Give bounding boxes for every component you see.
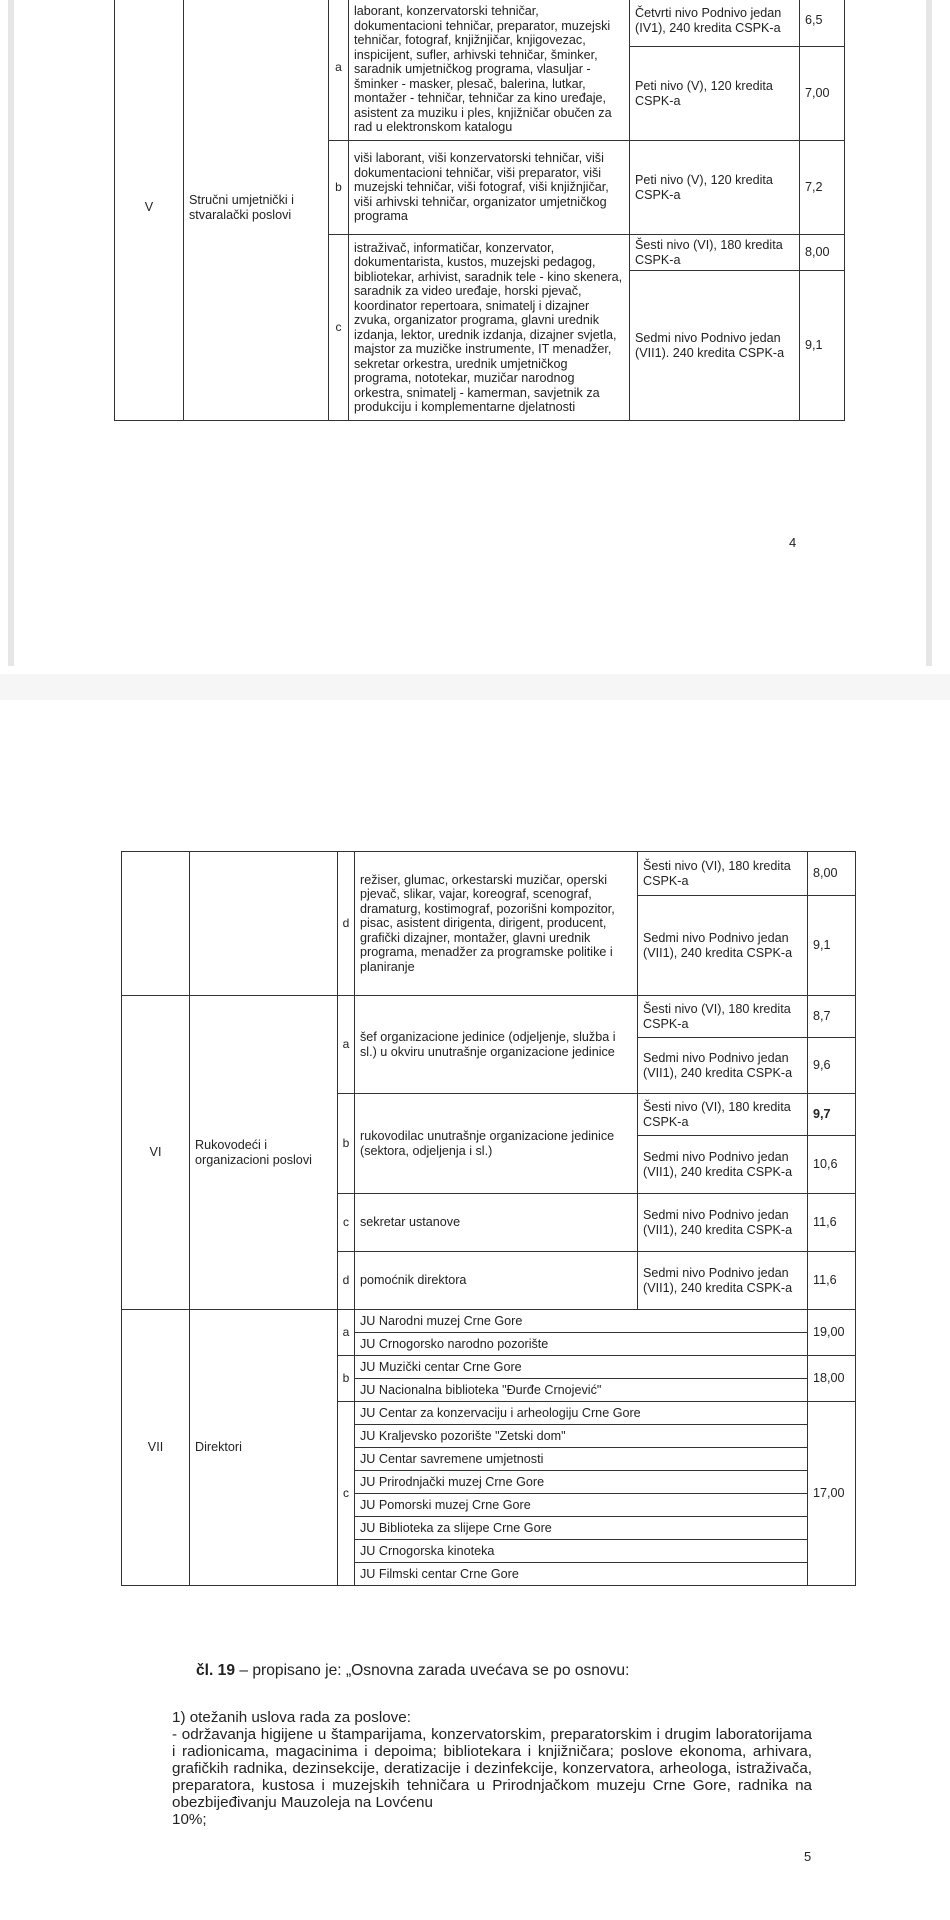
salary-table-page-5: d režiser, glumac, orkestarski muzičar, … (121, 851, 856, 1586)
positions-cell: istraživač, informatičar, konzervator, d… (349, 235, 630, 421)
salary-table-page-4: V Stručni umjetnički i stvaralački poslo… (114, 0, 845, 421)
table-row: d režiser, glumac, orkestarski muzičar, … (122, 852, 856, 896)
row-letter: c (338, 1194, 355, 1252)
table-row: V Stručni umjetnički i stvaralački poslo… (115, 0, 845, 47)
qualification-cell: Sedmi nivo Podnivo jedan (VII1), 240 kre… (638, 896, 808, 996)
group-roman-empty (122, 852, 190, 996)
row-letter: d (338, 1252, 355, 1310)
institution-cell: JU Nacionalna biblioteka "Đurđe Crnojevi… (355, 1379, 808, 1402)
row-letter: b (329, 141, 349, 235)
group-name: Direktori (190, 1310, 338, 1586)
positions-cell: sekretar ustanove (355, 1194, 638, 1252)
group-name: Stručni umjetnički i stvaralački poslovi (184, 0, 329, 421)
positions-cell: rukovodilac unutrašnje organizacione jed… (355, 1094, 638, 1194)
positions-cell: viši laborant, viši konzervatorski tehni… (349, 141, 630, 235)
institution-cell: JU Muzički centar Crne Gore (355, 1356, 808, 1379)
row-letter: b (338, 1094, 355, 1194)
qualification-cell: Sedmi nivo Podnivo jedan (VII1). 240 kre… (630, 271, 800, 421)
positions-cell: režiser, glumac, orkestarski muzičar, op… (355, 852, 638, 996)
qualification-cell: Šesti nivo (VI), 180 kredita CSPK-a (638, 996, 808, 1038)
institution-cell: JU Prirodnjački muzej Crne Gore (355, 1471, 808, 1494)
coefficient-cell: 6,5 (800, 0, 845, 47)
coefficient-cell: 8,00 (800, 235, 845, 271)
table-row: VIIDirektoriaJU Narodni muzej Crne Gore1… (122, 1310, 856, 1333)
document-page-5: d režiser, glumac, orkestarski muzičar, … (0, 700, 950, 1920)
table-row: VI Rukovodeći i organizacioni poslovi a … (122, 996, 856, 1038)
item1-body: - održavanja higijene u štamparijama, ko… (172, 1726, 812, 1811)
coefficient-cell: 9,7 (808, 1094, 856, 1136)
page-separator (0, 674, 950, 700)
item1-heading: 1) otežanih uslova rada za poslove: (172, 1709, 812, 1726)
row-letter: d (338, 852, 355, 996)
coefficient-cell: 18,00 (808, 1356, 856, 1402)
row-letter: c (338, 1402, 355, 1586)
qualification-cell: Sedmi nivo Podnivo jedan (VII1), 240 kre… (638, 1194, 808, 1252)
institution-cell: JU Crnogorska kinoteka (355, 1540, 808, 1563)
institution-cell: JU Crnogorsko narodno pozorište (355, 1333, 808, 1356)
article-line: čl. 19 – propisano je: „Osnovna zarada u… (196, 1662, 629, 1680)
qualification-cell: Šesti nivo (VI), 180 kredita CSPK-a (638, 852, 808, 896)
page-number: 5 (804, 1849, 811, 1864)
positions-cell: laborant, konzervatorski tehničar, dokum… (349, 0, 630, 141)
row-letter: a (338, 1310, 355, 1356)
positions-cell: pomoćnik direktora (355, 1252, 638, 1310)
row-letter: a (329, 0, 349, 141)
article-label: čl. 19 (196, 1662, 235, 1679)
qualification-cell: Četvrti nivo Podnivo jedan (IV1), 240 kr… (630, 0, 800, 47)
qualification-cell: Šesti nivo (VI), 180 kredita CSPK-a (630, 235, 800, 271)
group-name: Rukovodeći i organizacioni poslovi (190, 996, 338, 1310)
coefficient-cell: 11,6 (808, 1252, 856, 1310)
coefficient-cell: 9,6 (808, 1038, 856, 1094)
qualification-cell: Sedmi nivo Podnivo jedan (VII1), 240 kre… (638, 1136, 808, 1194)
group-roman: VII (122, 1310, 190, 1586)
qualification-cell: Sedmi nivo Podnivo jedan (VII1), 240 kre… (638, 1038, 808, 1094)
qualification-cell: Sedmi nivo Podnivo jedan (VII1), 240 kre… (638, 1252, 808, 1310)
positions-cell: šef organizacione jedinice (odjeljenje, … (355, 996, 638, 1094)
coefficient-cell: 17,00 (808, 1402, 856, 1586)
coefficient-cell: 7,00 (800, 47, 845, 141)
group-name-empty (190, 852, 338, 996)
coefficient-cell: 10,6 (808, 1136, 856, 1194)
institution-cell: JU Centar savremene umjetnosti (355, 1448, 808, 1471)
institution-cell: JU Centar za konzervaciju i arheologiju … (355, 1402, 808, 1425)
row-letter: b (338, 1356, 355, 1402)
institution-cell: JU Biblioteka za slijepe Crne Gore (355, 1517, 808, 1540)
coefficient-cell: 8,7 (808, 996, 856, 1038)
group-roman: VI (122, 996, 190, 1310)
document-page-4: V Stručni umjetnički i stvaralački poslo… (8, 0, 932, 666)
institution-cell: JU Narodni muzej Crne Gore (355, 1310, 808, 1333)
row-letter: c (329, 235, 349, 421)
coefficient-cell: 19,00 (808, 1310, 856, 1356)
coefficient-cell: 7,2 (800, 141, 845, 235)
coefficient-cell: 9,1 (800, 271, 845, 421)
coefficient-cell: 11,6 (808, 1194, 856, 1252)
coefficient-cell: 9,1 (808, 896, 856, 996)
institution-cell: JU Kraljevsko pozorište "Zetski dom" (355, 1425, 808, 1448)
row-letter: a (338, 996, 355, 1094)
institution-cell: JU Filmski centar Crne Gore (355, 1563, 808, 1586)
qualification-cell: Peti nivo (V), 120 kredita CSPK-a (630, 141, 800, 235)
institution-cell: JU Pomorski muzej Crne Gore (355, 1494, 808, 1517)
group-roman: V (115, 0, 184, 421)
page-number: 4 (789, 535, 796, 550)
qualification-cell: Peti nivo (V), 120 kredita CSPK-a (630, 47, 800, 141)
coefficient-cell: 8,00 (808, 852, 856, 896)
article-text: – propisano je: „Osnovna zarada uvećava … (235, 1662, 629, 1679)
qualification-cell: Šesti nivo (VI), 180 kredita CSPK-a (638, 1094, 808, 1136)
item1-value: 10%; (172, 1811, 812, 1828)
